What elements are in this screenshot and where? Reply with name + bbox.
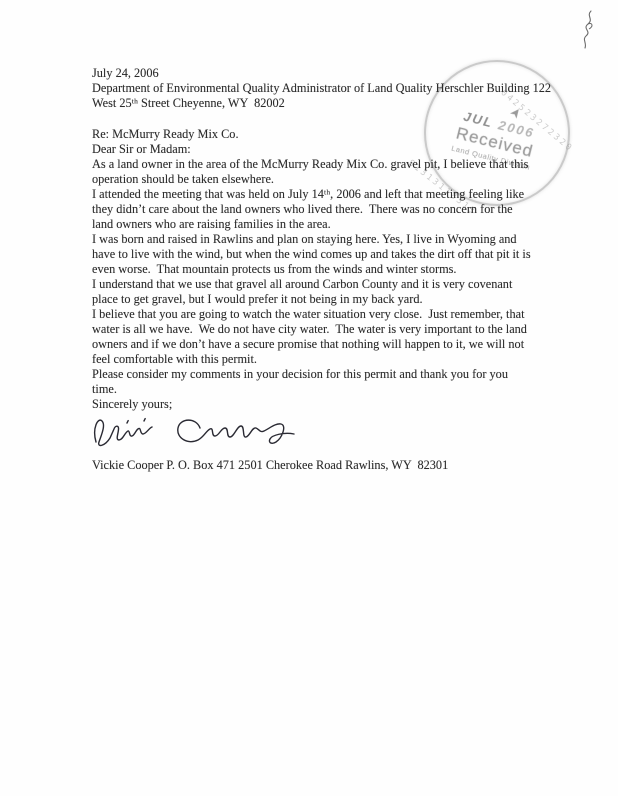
pen-mark [574,8,600,52]
sender-line: 2501 Cherokee Road [238,458,342,472]
closing: Sincerely yours; [92,397,572,412]
recipient-line: Administrator of Land Quality [282,81,433,95]
sender-address: Vickie Cooper P. O. Box 471 2501 Cheroke… [92,458,572,473]
paragraph-2: I attended the meeting that was held on … [92,187,572,232]
re-line: Re: McMurry Ready Mix Co. [92,127,572,142]
recipient-line: Department of Environmental Quality [92,81,279,95]
paragraph-6: Please consider my comments in your deci… [92,367,572,397]
sender-line: Vickie Cooper [92,458,163,472]
recipient-address: Department of Environmental Quality Admi… [92,81,572,111]
sender-line: P. O. Box 471 [166,458,235,472]
salutation: Dear Sir or Madam: [92,142,572,157]
recipient-line: Herschler Building [436,81,530,95]
letter-body: July 24, 2006 Department of Environmenta… [92,66,572,473]
sender-line: Rawlins, WY 82301 [345,458,448,472]
paragraph-4: I understand that we use that gravel all… [92,277,572,307]
letter-page: ➤ JUL 2006 Received Land Quality Divisio… [0,0,618,796]
letter-date: July 24, 2006 [92,66,572,81]
paragraph-3: I was born and raised in Rawlins and pla… [92,232,572,277]
paragraph-1: As a land owner in the area of the McMur… [92,157,572,187]
signature-handwritten [88,412,318,456]
recipient-line: Cheyenne, WY 82002 [173,96,285,110]
paragraph-5: I believe that you are going to watch th… [92,307,572,367]
